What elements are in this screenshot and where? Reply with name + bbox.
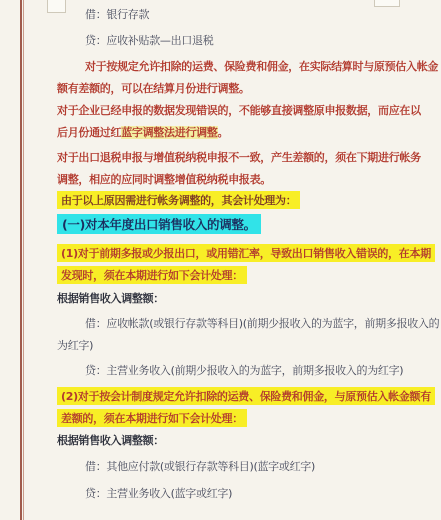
journal-entry-receivable-line2: 为红字): [57, 338, 93, 354]
reason-highlight-line: 由于以上原因需进行帐务调整的，其会计处理为：: [57, 193, 300, 209]
item1-line1: (1)对于前期多报或少报出口，或用错汇率，导致出口销售收入错误的，在本期: [57, 246, 435, 262]
journal-entry-subsidy-credit: 贷：应收补贴款—出口退税: [85, 33, 213, 49]
paragraph-declared-error-line2: 后月份通过红蓝字调整法进行调整。: [57, 125, 228, 141]
declared-error-line2-highlight: 蓝字调整法进行调整: [121, 126, 217, 139]
item2-line2-text: 差额的，须在本期进行如下会计处理：: [57, 409, 247, 427]
journal-entry-revenue-1: 贷：主营业务收入(前期少报收入的为蓝字，前期多报收入的为红字): [85, 363, 403, 379]
section-heading-1: (一)对本年度出口销售收入的调整。: [57, 217, 261, 233]
page-corner-marker-left: [47, 0, 66, 13]
journal-entry-revenue-2: 贷：主营业务收入(蓝字或红字): [85, 486, 232, 502]
adjust-label-1: 根据销售收入调整额：: [57, 291, 164, 307]
page-margin-line: [20, 0, 22, 520]
item2-line1-text: (2)对于按会计制度规定允许扣除的运费、保险费和佣金，与原预估入帐金额有: [57, 387, 435, 405]
declared-error-line2-post: 。: [218, 126, 229, 139]
declared-error-line2-pre: 后月份通过红: [57, 126, 121, 139]
journal-entry-bank-debit: 借：银行存款: [85, 7, 149, 23]
page-corner-marker-right: [374, 0, 400, 7]
reason-highlight-text: 由于以上原因需进行帐务调整的，其会计处理为：: [57, 191, 300, 209]
item1-line1-text: (1)对于前期多报或少报出口，或用错汇率，导致出口销售收入错误的，在本期: [57, 244, 435, 262]
paragraph-vat-mismatch-line1: 对于出口退税申报与增值税纳税申报不一致，产生差额的，须在下期进行帐务: [57, 150, 421, 166]
paragraph-vat-mismatch-line2: 调整，相应的应同时调整增值税纳税申报表。: [57, 172, 271, 188]
paragraph-freight-line2: 额有差额的，可以在结算月份进行调整。: [57, 81, 250, 97]
item2-line2: 差额的，须在本期进行如下会计处理：: [57, 411, 247, 427]
document-page: { "colors": { "background": "#f6f3ec", "…: [0, 0, 441, 520]
journal-entry-other-payable: 借：其他应付款(或银行存款等科目)(蓝字或红字): [85, 459, 315, 475]
adjust-label-2: 根据销售收入调整额：: [57, 433, 164, 449]
paragraph-declared-error-line1: 对于企业已经申报的数据发现错误的，不能够直接调整原申报数据，而应在以: [57, 103, 421, 119]
item1-line2-text: 发现时，须在本期进行如下会计处理：: [57, 266, 247, 284]
item1-line2: 发现时，须在本期进行如下会计处理：: [57, 268, 247, 284]
journal-entry-receivable-line1: 借：应收帐款(或银行存款等科目)(前期少报收入的为蓝字，前期多报收入的: [85, 316, 439, 332]
section-heading-1-text: (一)对本年度出口销售收入的调整。: [57, 214, 261, 234]
page-margin-line-inner: [23, 0, 24, 520]
paragraph-freight-line1: 对于按规定允许扣除的运费、保险费和佣金，在实际结算时与原预估入帐金: [85, 59, 438, 75]
item2-line1: (2)对于按会计制度规定允许扣除的运费、保险费和佣金，与原预估入帐金额有: [57, 389, 435, 405]
